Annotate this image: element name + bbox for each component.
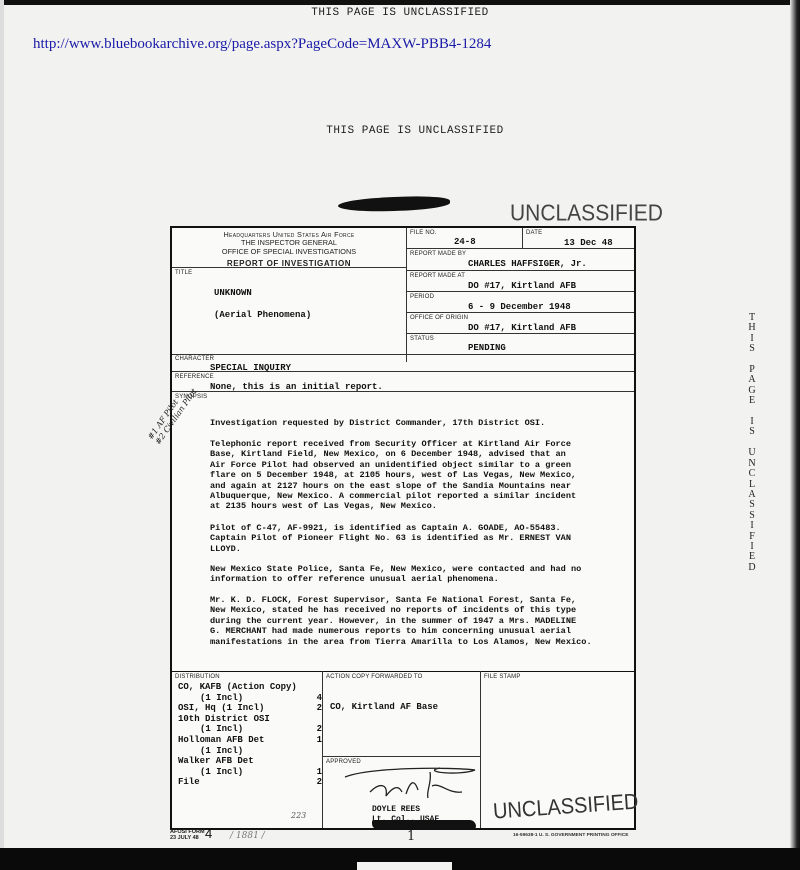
label-character: CHARACTER [175, 356, 214, 362]
reference-value: None, this is an initial report. [210, 382, 383, 392]
distribution-row: CO, KAFB (Action Copy) [178, 682, 322, 693]
distribution-count: 4 [317, 693, 322, 704]
synopsis-paragraph-2: Telephonic report received from Security… [210, 439, 620, 512]
distribution-row: (1 Incl) [178, 746, 322, 757]
synopsis-paragraph-4: New Mexico State Police, Santa Fe, New M… [210, 564, 620, 585]
label-file-no: FILE NO. [410, 230, 437, 236]
distribution-recipient: OSI, Hq (1 Incl) [178, 703, 264, 714]
margin-number: 223 [291, 811, 306, 820]
printing-office-line: 16-59638-1 U. S. GOVERNMENT PRINTING OFF… [513, 833, 628, 838]
divider [480, 671, 481, 828]
report-of-investigation-form: Headquarters United States Air Force THE… [170, 226, 636, 830]
vertical-banner-letter: I [745, 521, 759, 531]
distribution-count: 1 [317, 735, 322, 746]
distribution-row: 10th District OSI [178, 714, 322, 725]
unclassified-stamp-top: UNCLASSIFIED [510, 201, 663, 227]
distribution-recipient: (1 Incl) [178, 693, 243, 704]
distribution-row: (1 Incl)4 [178, 693, 322, 704]
report-made-at-value: DO #17, Kirtland AFB [468, 281, 576, 291]
redaction-mark [338, 195, 450, 213]
form-id-line-2: 23 JULY 48 [170, 835, 205, 841]
label-period: PERIOD [410, 294, 434, 300]
synopsis-paragraph-3: Pilot of C-47, AF-9921, is identified as… [210, 523, 620, 554]
date-value: 13 Dec 48 [564, 238, 613, 248]
distribution-row: Holloman AFB Det1 [178, 735, 322, 746]
synopsis-paragraph-5: Mr. K. D. FLOCK, Forest Supervisor, Sant… [210, 595, 620, 647]
label-status: STATUS [410, 336, 434, 342]
signature [340, 762, 480, 802]
distribution-count: 2 [317, 724, 322, 735]
divider [172, 354, 634, 355]
label-report-made-at: REPORT MADE AT [410, 273, 465, 279]
vertical-banner-letter: D [745, 563, 759, 573]
page-number: 1 [407, 829, 415, 844]
distribution-row: (1 Incl)1 [178, 767, 322, 778]
divider [406, 291, 634, 292]
divider [172, 267, 406, 268]
office-of-origin-value: DO #17, Kirtland AFB [468, 323, 576, 333]
distribution-recipient: Walker AFB Det [178, 756, 254, 767]
character-value: SPECIAL INQUIRY [210, 363, 291, 373]
label-action-copy: ACTION COPY FORWARDED TO [326, 674, 422, 680]
divider [406, 333, 634, 334]
divider [322, 756, 480, 757]
classification-banner-top: THIS PAGE IS UNCLASSIFIED [0, 7, 800, 19]
distribution-row: OSI, Hq (1 Incl)2 [178, 703, 322, 714]
label-report-made-by: REPORT MADE BY [410, 251, 466, 257]
label-date: DATE [526, 230, 542, 236]
label-title: TITLE [175, 270, 192, 276]
distribution-list: CO, KAFB (Action Copy)(1 Incl)4OSI, Hq (… [178, 682, 322, 788]
distribution-count: 2 [317, 703, 322, 714]
divider [522, 228, 523, 248]
report-made-by-value: CHARLES HAFFSIGER, Jr. [468, 259, 587, 269]
divider [406, 312, 634, 313]
label-distribution: DISTRIBUTION [175, 674, 220, 680]
title-subtitle-value: (Aerial Phenomena) [214, 310, 311, 320]
paper-slip [357, 862, 452, 870]
form-identifier: AFOSI FORM 23 JULY 48 [170, 829, 205, 841]
divider [406, 248, 634, 249]
distribution-count: 1 [317, 767, 322, 778]
handwritten-scratch: / 1881 / [230, 831, 265, 841]
redaction-mark [372, 820, 476, 829]
divider [406, 270, 634, 271]
form-header: Headquarters United States Air Force THE… [172, 231, 406, 268]
distribution-recipient: (1 Incl) [178, 724, 243, 735]
distribution-recipient: (1 Incl) [178, 767, 243, 778]
vertical-banner-letter: C [745, 469, 759, 479]
source-link[interactable]: http://www.bluebookarchive.org/page.aspx… [33, 36, 491, 53]
label-file-stamp: FILE STAMP [484, 674, 521, 680]
distribution-row: (1 Incl)2 [178, 724, 322, 735]
label-reference: REFERENCE [175, 374, 214, 380]
distribution-recipient: Holloman AFB Det [178, 735, 264, 746]
distribution-recipient: (1 Incl) [178, 746, 243, 757]
divider [322, 671, 323, 828]
approver-name: DOYLE REES [372, 805, 439, 815]
classification-banner-second: THIS PAGE IS UNCLASSIFIED [0, 125, 800, 137]
form-number: 4 [205, 826, 212, 841]
distribution-recipient: 10th District OSI [178, 714, 270, 725]
header-osi: OFFICE OF SPECIAL INVESTIGATIONS [172, 248, 406, 256]
scan-border-top [0, 0, 800, 5]
action-copy-value: CO, Kirtland AF Base [330, 702, 438, 712]
file-no-value: 24-8 [454, 237, 476, 247]
divider [172, 671, 634, 672]
period-value: 6 - 9 December 1948 [468, 302, 571, 312]
title-value: UNKNOWN [214, 288, 252, 298]
distribution-recipient: File [178, 777, 200, 788]
label-office-of-origin: OFFICE OF ORIGIN [410, 315, 468, 321]
distribution-row: File2 [178, 777, 322, 788]
distribution-recipient: CO, KAFB (Action Copy) [178, 682, 297, 693]
distribution-count: 2 [317, 777, 322, 788]
distribution-row: Walker AFB Det [178, 756, 322, 767]
vertical-classification-banner: THIS PAGE IS UNCLASSIFIED [745, 313, 759, 573]
synopsis-paragraph-1: Investigation requested by District Comm… [210, 418, 620, 428]
status-value: PENDING [468, 343, 506, 353]
